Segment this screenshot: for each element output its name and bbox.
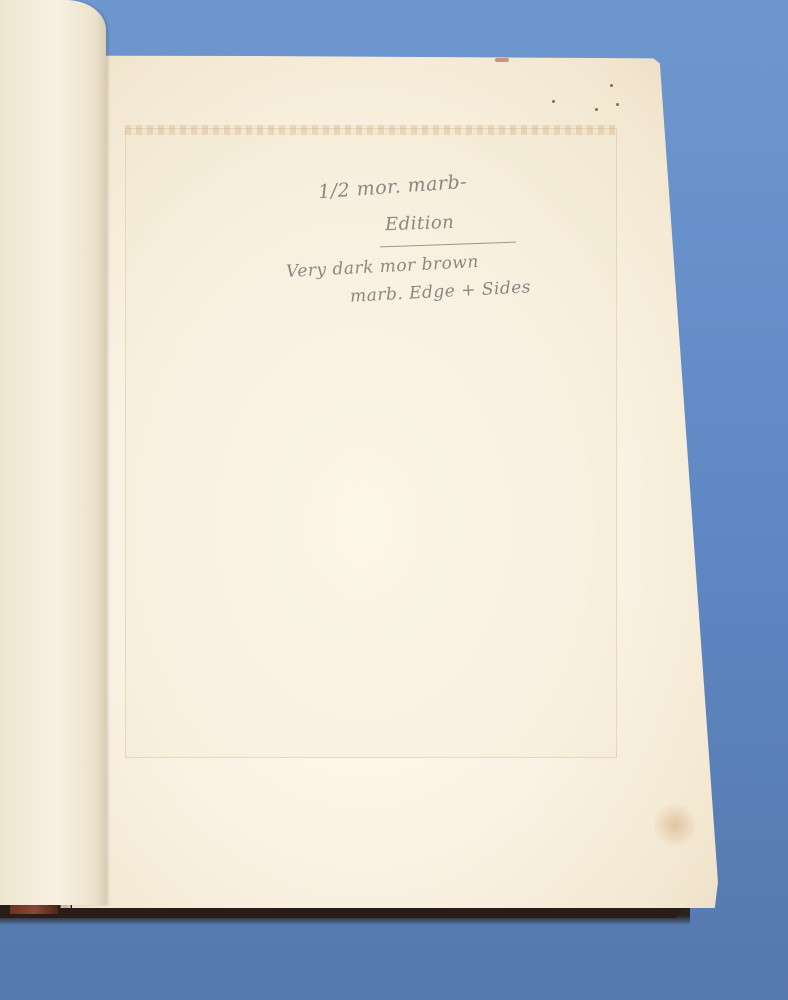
page-stain [495, 58, 509, 62]
speck [595, 108, 598, 111]
photo-scene: 1/2 mor. marb- Edition Very dark mor bro… [0, 0, 788, 1000]
plate-mark [125, 128, 617, 758]
left-page [0, 0, 106, 905]
handwriting-line-2: Edition [385, 212, 455, 235]
speck [552, 100, 555, 103]
foxing-top [125, 125, 615, 135]
speck [616, 103, 619, 106]
speck [610, 84, 613, 87]
foxing-corner [655, 800, 695, 850]
